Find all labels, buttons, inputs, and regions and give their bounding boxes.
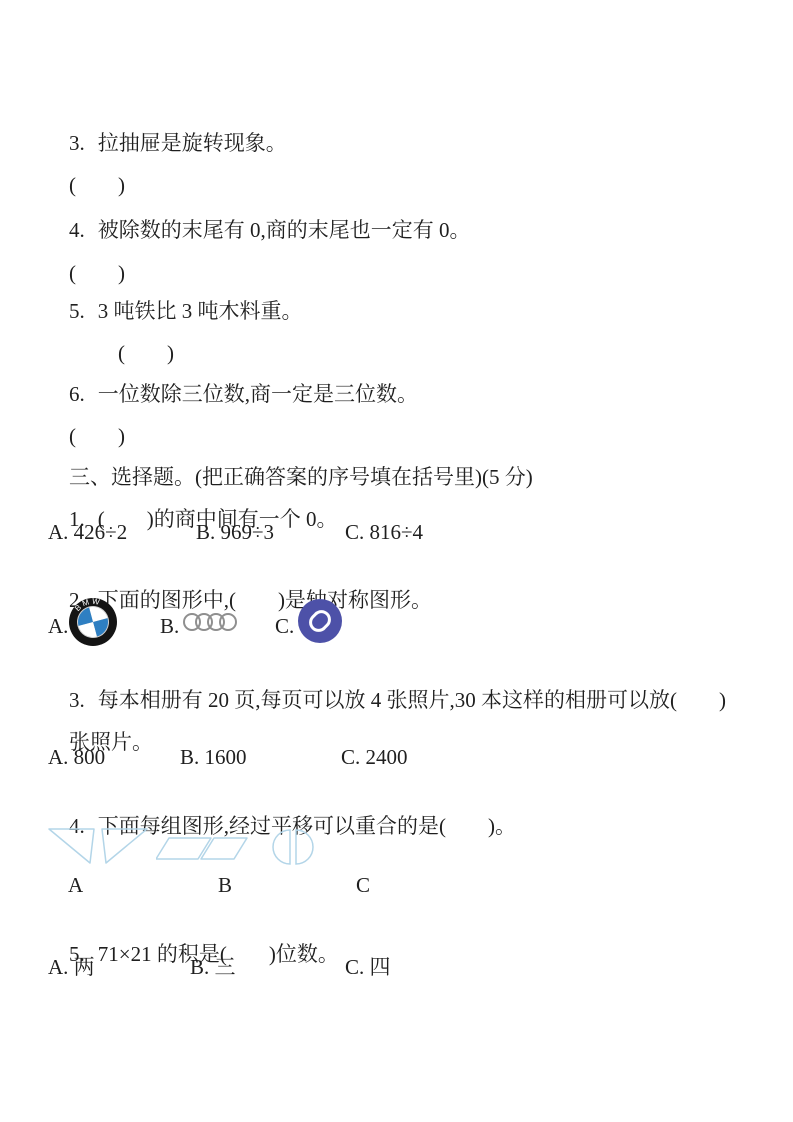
tf-question-4: 4.被除数的末尾有 0,商的末尾也一定有 0。 <box>48 190 471 217</box>
option-a-label: A. <box>48 614 68 639</box>
question-text-line1: 每本相册有 20 页,每页可以放 4 张照片,30 本这样的相册可以放( ) <box>98 688 726 712</box>
choice-options-1: A. 426÷2 B. 969÷3 C. 816÷4 <box>48 519 748 546</box>
option-c-label: C. <box>275 614 294 639</box>
tf-question-3: 3.拉抽屉是旋转现象。 <box>48 103 287 130</box>
question-number: 5. <box>69 298 85 325</box>
bmw-logo-icon: BMW <box>68 597 118 647</box>
choice-question-5: 5.71×21 的积是( )位数。 <box>48 914 339 941</box>
section-heading: 三、选择题。(把正确答案的序号填在括号里)(5 分) <box>48 437 533 464</box>
audi-rings-icon <box>183 612 239 632</box>
option-a: A. 426÷2 <box>48 519 127 546</box>
worksheet-page: 3.拉抽屉是旋转现象。 ( ) 4.被除数的末尾有 0,商的末尾也一定有 0。 … <box>0 0 793 1122</box>
parallelograms-pair-icon <box>156 837 248 861</box>
tf-question-5: 5.3 吨铁比 3 吨木料重。 <box>48 271 303 298</box>
choice-options-3: A. 800 B. 1600 C. 2400 <box>48 744 748 771</box>
china-mobile-logo-icon <box>297 598 343 644</box>
group-label-a: A <box>68 872 83 899</box>
option-b: B. 三 <box>190 954 236 981</box>
tf-question-6: 6.一位数除三位数,商一定是三位数。 <box>48 354 418 381</box>
option-b: B. 969÷3 <box>196 519 274 546</box>
logo-options-row: A. BMW B. C. <box>48 597 748 649</box>
group-label-b: B <box>218 872 232 899</box>
option-c: C. 2400 <box>341 744 408 771</box>
shape-group-labels-row: A B C <box>48 872 748 899</box>
option-b: B. 1600 <box>180 744 247 771</box>
tf-answer-bracket-5: ( ) <box>97 313 174 340</box>
choice-question-3: 3.每本相册有 20 页,每页可以放 4 张照片,30 本这样的相册可以放( ) <box>48 660 726 687</box>
split-circle-icon <box>270 827 316 867</box>
option-a: A. 800 <box>48 744 105 771</box>
tf-answer-bracket-6: ( ) <box>48 396 125 423</box>
choice-question-2: 2.下面的图形中,( )是轴对称图形。 <box>48 560 432 587</box>
question-text: 一位数除三位数,商一定是三位数。 <box>98 382 418 406</box>
option-b-label: B. <box>160 614 179 639</box>
choice-options-5: A. 两 B. 三 C. 四 <box>48 954 748 981</box>
question-text: 被除数的末尾有 0,商的末尾也一定有 0。 <box>98 218 471 242</box>
option-c: C. 816÷4 <box>345 519 423 546</box>
shape-groups-row <box>48 827 748 869</box>
choice-question-3-continued: 张照片。 <box>48 702 153 729</box>
triangles-pair-icon <box>48 827 148 865</box>
tf-answer-bracket-3: ( ) <box>48 145 125 172</box>
choice-question-4: 4.下面每组图形,经过平移可以重合的是( )。 <box>48 786 516 813</box>
tf-answer-bracket-4: ( ) <box>48 233 125 260</box>
option-c: C. 四 <box>345 954 391 981</box>
choice-question-1: 1.( )的商中间有一个 0。 <box>48 479 338 506</box>
option-a: A. 两 <box>48 954 95 981</box>
question-text: 拉抽屉是旋转现象。 <box>98 131 287 155</box>
group-label-c: C <box>356 872 370 899</box>
